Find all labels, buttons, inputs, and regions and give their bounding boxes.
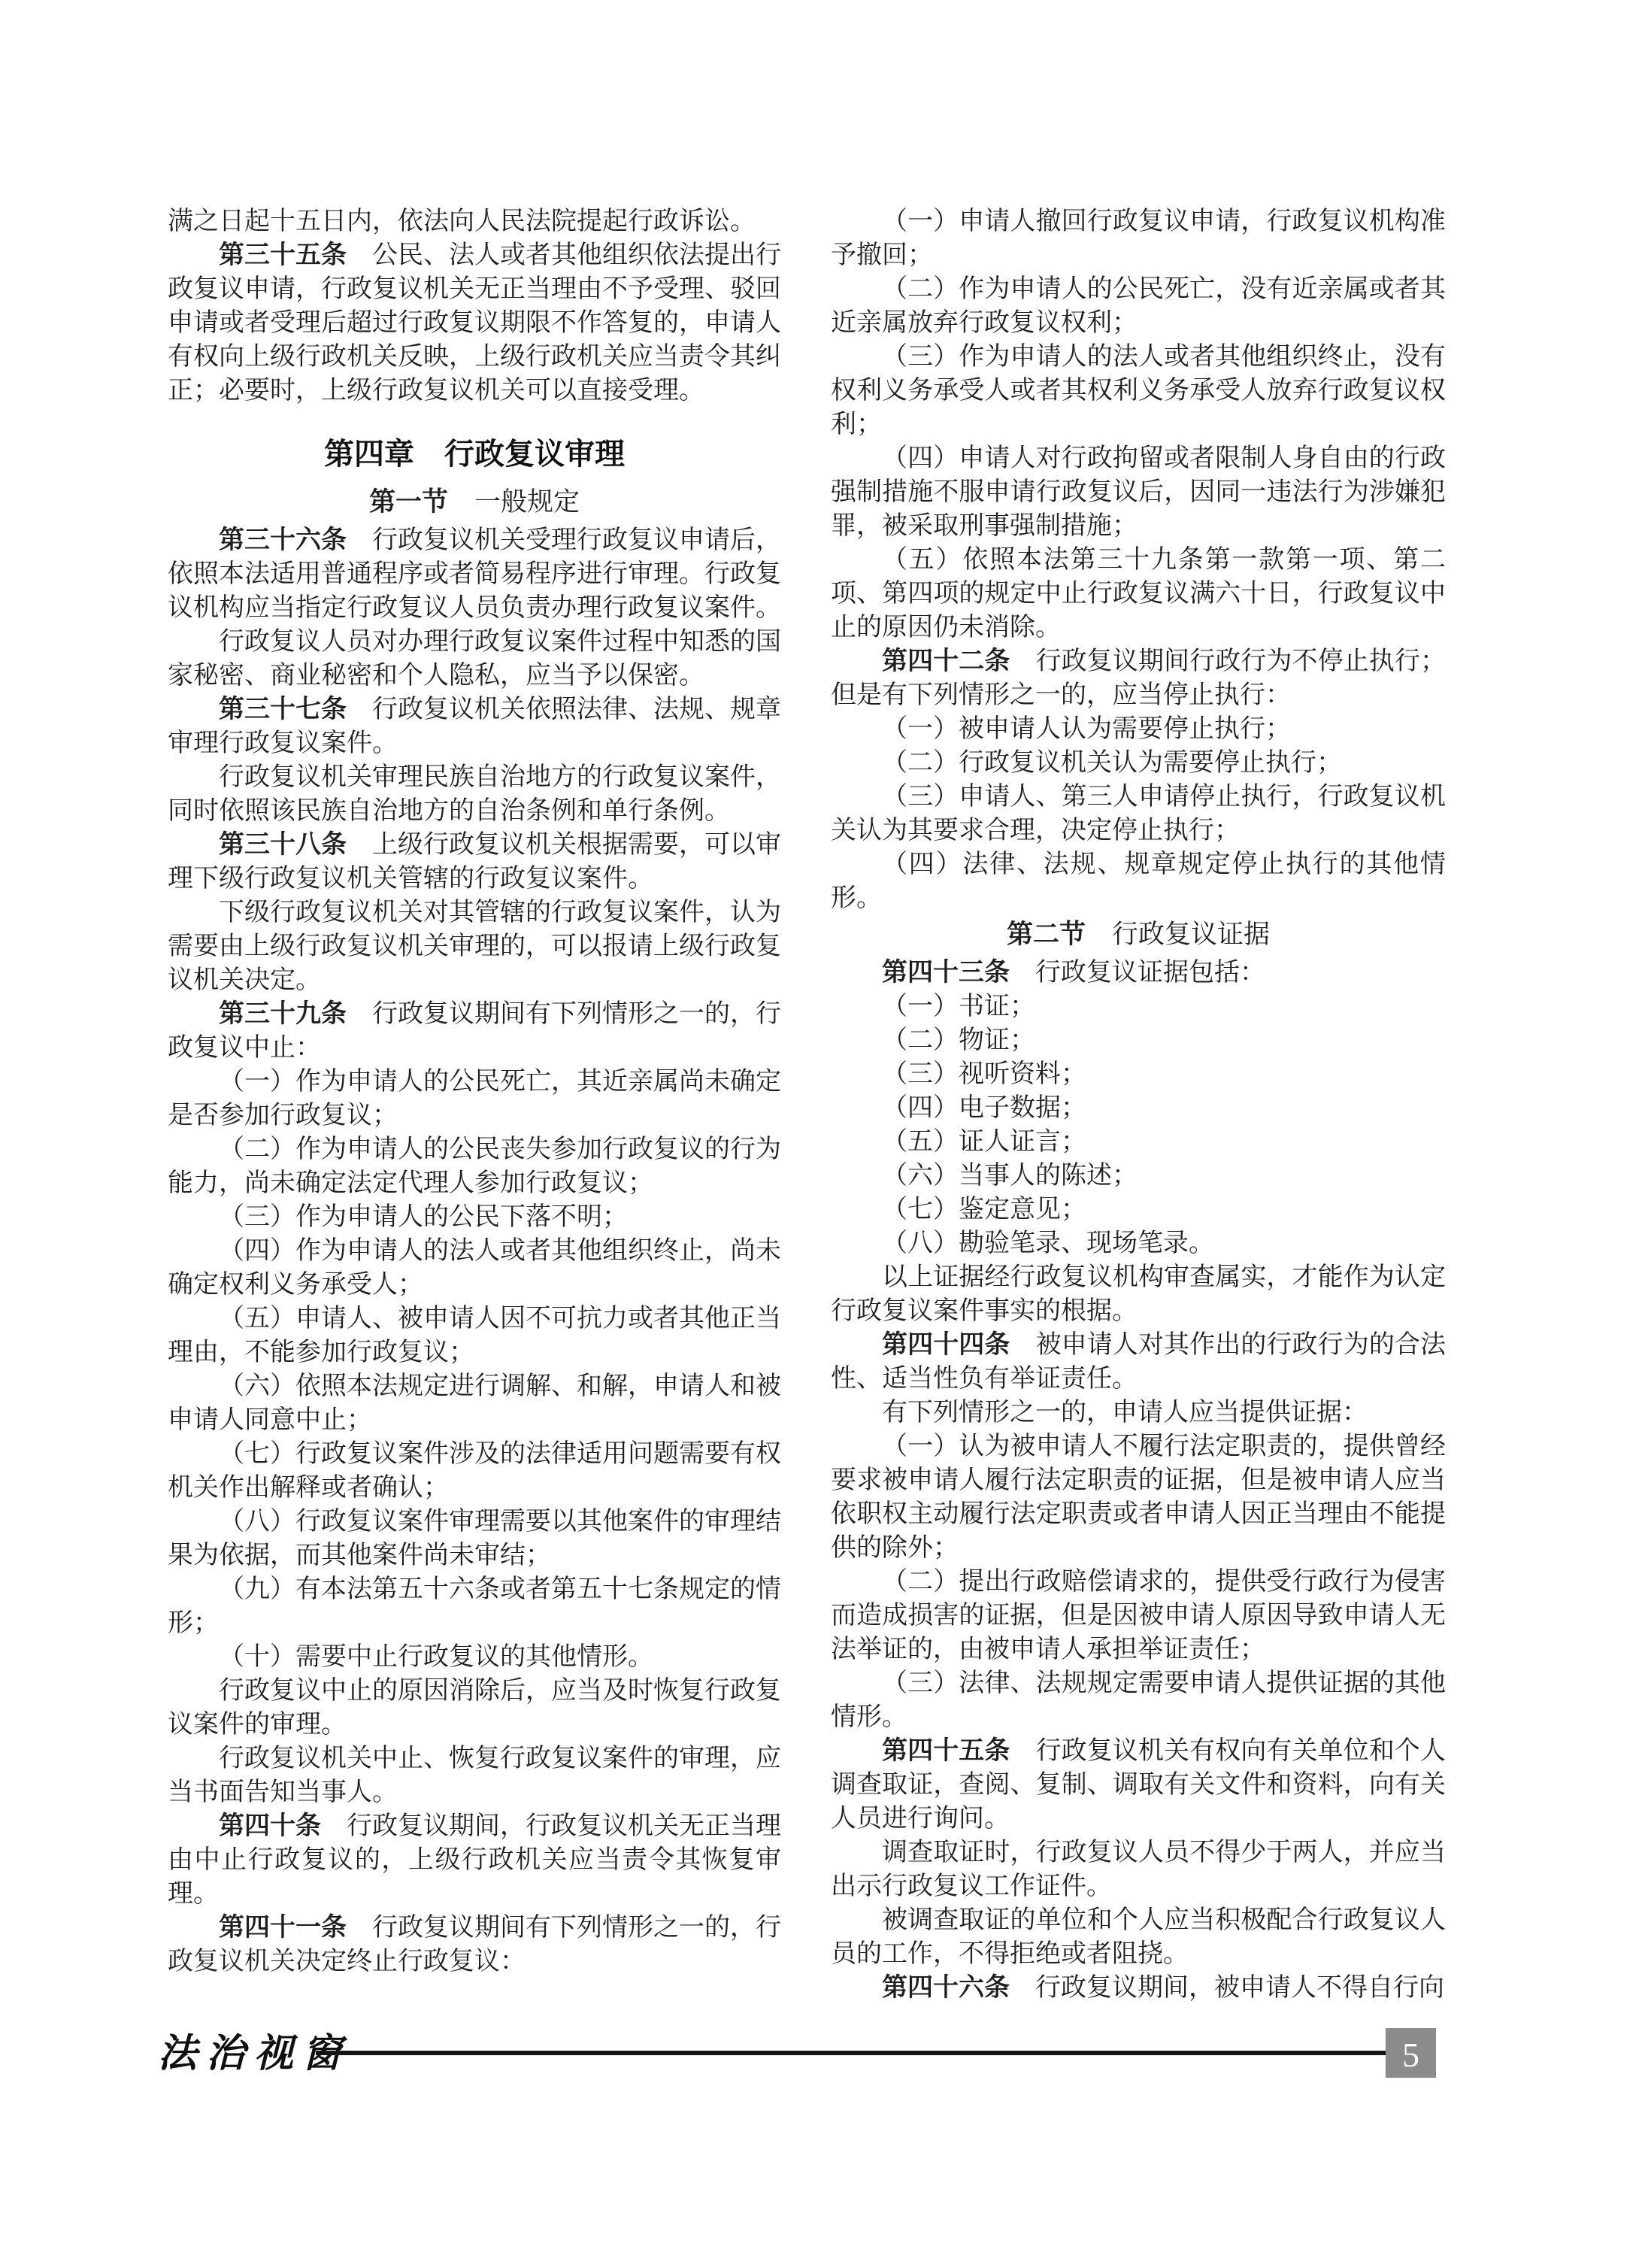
page-number-box: 5 bbox=[1386, 2028, 1436, 2078]
article-number: 第三十八条 bbox=[219, 829, 347, 860]
paragraph: 第四十四条 被申请人对其作出的行政行为的合法性、适当性负有举证责任。 bbox=[831, 1328, 1446, 1396]
paragraph: 第三十五条 公民、法人或者其他组织依法提出行政复议申请，行政复议机关无正当理由不… bbox=[168, 238, 781, 408]
paragraph: 行政复议机关审理民族自治地方的行政复议案件，同时依照该民族自治地方的自治条例和单… bbox=[168, 760, 781, 828]
article-number: 第四十四条 bbox=[882, 1330, 1010, 1360]
paragraph: 调查取证时，行政复议人员不得少于两人，并应当出示行政复议工作证件。 bbox=[831, 1836, 1446, 1903]
paragraph: （五）依照本法第三十九条第一款第一项、第二项、第四项的规定中止行政复议满六十日，… bbox=[831, 543, 1446, 644]
paragraph: 行政复议人员对办理行政复议案件过程中知悉的国家秘密、商业秘密和个人隐私，应当予以… bbox=[168, 625, 781, 693]
paragraph: （六）当事人的陈述； bbox=[831, 1159, 1446, 1193]
paragraph: （六）依照本法规定进行调解、和解，申请人和被申请人同意中止； bbox=[168, 1369, 781, 1437]
paragraph: （九）有本法第五十六条或者第五十七条规定的情形； bbox=[168, 1572, 781, 1640]
article-number: 第四十五条 bbox=[882, 1736, 1010, 1766]
article-number: 第四十条 bbox=[219, 1811, 321, 1841]
paragraph: （一）申请人撤回行政复议申请，行政复议机构准予撤回； bbox=[831, 205, 1446, 272]
paragraph: （二）提出行政赔偿请求的，提供受行政行为侵害而造成损害的证据，但是因被申请人原因… bbox=[831, 1565, 1446, 1666]
paragraph: （二）行政复议机关认为需要停止执行； bbox=[831, 746, 1446, 780]
article-number: 第三十六条 bbox=[219, 525, 347, 555]
paragraph: （三）申请人、第三人申请停止执行，行政复议机关认为其要求合理，决定停止执行； bbox=[831, 780, 1446, 847]
paragraph: （二）物证； bbox=[831, 1023, 1446, 1057]
paragraph: 满之日起十五日内，依法向人民法院提起行政诉讼。 bbox=[168, 205, 781, 238]
right-column: （一）申请人撤回行政复议申请，行政复议机构准予撤回；（二）作为申请人的公民死亡，… bbox=[831, 205, 1446, 2005]
article-number: 第二节 bbox=[1007, 920, 1086, 950]
article-number: 第四十六条 bbox=[882, 1972, 1010, 2003]
paragraph: 以上证据经行政复议机构审查属实，才能作为认定行政复议案件事实的根据。 bbox=[831, 1260, 1446, 1328]
paragraph: （四）作为申请人的法人或者其他组织终止，尚未确定权利义务承受人； bbox=[168, 1234, 781, 1302]
article-number: 第四十二条 bbox=[882, 646, 1010, 676]
paragraph: （七）鉴定意见； bbox=[831, 1193, 1446, 1226]
article-number: 第四十三条 bbox=[882, 957, 1010, 987]
paragraph: （五）申请人、被申请人因不可抗力或者其他正当理由，不能参加行政复议； bbox=[168, 1302, 781, 1369]
paragraph: 第四十条 行政复议期间，行政复议机关无正当理由中止行政复议的，上级行政机关应当责… bbox=[168, 1809, 781, 1911]
paragraph: 行政复议中止的原因消除后，应当及时恢复行政复议案件的审理。 bbox=[168, 1674, 781, 1742]
paragraph: （四）电子数据； bbox=[831, 1091, 1446, 1125]
document-page: 满之日起十五日内，依法向人民法院提起行政诉讼。第三十五条 公民、法人或者其他组织… bbox=[0, 0, 1645, 2268]
paragraph: （四）申请人对行政拘留或者限制人身自由的行政强制措施不服申请行政复议后，因同一违… bbox=[831, 441, 1446, 543]
paragraph: 被调查取证的单位和个人应当积极配合行政复议人员的工作，不得拒绝或者阻挠。 bbox=[831, 1903, 1446, 1971]
paragraph: 第三十八条 上级行政复议机关根据需要，可以审理下级行政复议机关管辖的行政复议案件… bbox=[168, 828, 781, 896]
paragraph: （三）法律、法规规定需要申请人提供证据的其他情形。 bbox=[831, 1666, 1446, 1734]
paragraph: （二）作为申请人的公民丧失参加行政复议的行为能力，尚未确定法定代理人参加行政复议… bbox=[168, 1132, 781, 1200]
paragraph: （一）认为被申请人不履行法定职责的，提供曾经要求被申请人履行法定职责的证据，但是… bbox=[831, 1430, 1446, 1565]
paragraph: （三）视听资料； bbox=[831, 1057, 1446, 1091]
paragraph: （三）作为申请人的法人或者其他组织终止，没有权利义务承受人或者其权利义务承受人放… bbox=[831, 340, 1446, 441]
article-number: 第三十九条 bbox=[219, 999, 347, 1029]
paragraph: （三）作为申请人的公民下落不明； bbox=[168, 1200, 781, 1234]
paragraph: （一）书证； bbox=[831, 990, 1446, 1023]
paragraph: （四）法律、法规、规章规定停止执行的其他情形。 bbox=[831, 847, 1446, 915]
paragraph: 行政复议机关中止、恢复行政复议案件的审理，应当书面告知当事人。 bbox=[168, 1742, 781, 1809]
article-number: 第一节 bbox=[369, 487, 448, 517]
paragraph: 第三十六条 行政复议机关受理行政复议申请后，依照本法适用普通程序或者简易程序进行… bbox=[168, 523, 781, 625]
article-number: 第三十五条 bbox=[219, 240, 347, 270]
article-number: 第四十一条 bbox=[219, 1912, 347, 1942]
paragraph: 第四十六条 行政复议期间，被申请人不得自行向 bbox=[831, 1971, 1446, 2005]
paragraph: （八）勘验笔录、现场笔录。 bbox=[831, 1226, 1446, 1260]
paragraph: 第三十九条 行政复议期间有下列情形之一的，行政复议中止： bbox=[168, 997, 781, 1065]
footer-brand-calligraphy: 法治视窗 bbox=[158, 2021, 350, 2078]
section-heading: 第一节 一般规定 bbox=[168, 484, 781, 520]
paragraph: （八）行政复议案件审理需要以其他案件的审理结果为依据，而其他案件尚未审结； bbox=[168, 1505, 781, 1572]
paragraph: （七）行政复议案件涉及的法律适用问题需要有权机关作出解释或者确认； bbox=[168, 1437, 781, 1505]
left-column: 满之日起十五日内，依法向人民法院提起行政诉讼。第三十五条 公民、法人或者其他组织… bbox=[168, 205, 781, 1978]
paragraph: （二）作为申请人的公民死亡，没有近亲属或者其近亲属放弃行政复议权利； bbox=[831, 272, 1446, 340]
paragraph: 下级行政复议机关对其管辖的行政复议案件，认为需要由上级行政复议机关审理的，可以报… bbox=[168, 896, 781, 997]
paragraph: 第三十七条 行政复议机关依照法律、法规、规章审理行政复议案件。 bbox=[168, 693, 781, 760]
paragraph: 第四十五条 行政复议机关有权向有关单位和个人调查取证，查阅、复制、调取有关文件和… bbox=[831, 1734, 1446, 1836]
paragraph: 第四十二条 行政复议期间行政行为不停止执行；但是有下列情形之一的，应当停止执行： bbox=[831, 644, 1446, 712]
paragraph: 第四十一条 行政复议期间有下列情形之一的，行政复议机关决定终止行政复议： bbox=[168, 1911, 781, 1978]
paragraph: （十）需要中止行政复议的其他情形。 bbox=[168, 1640, 781, 1674]
paragraph: 第四十三条 行政复议证据包括： bbox=[831, 956, 1446, 990]
page-number: 5 bbox=[1402, 2038, 1419, 2072]
paragraph: 有下列情形之一的，申请人应当提供证据： bbox=[831, 1396, 1446, 1430]
paragraph: （一）被申请人认为需要停止执行； bbox=[831, 712, 1446, 746]
chapter-heading: 第四章 行政复议审理 bbox=[168, 435, 781, 474]
section-heading: 第二节 行政复议证据 bbox=[831, 917, 1446, 953]
paragraph: （五）证人证言； bbox=[831, 1125, 1446, 1159]
article-number: 第三十七条 bbox=[219, 694, 347, 724]
footer-rule bbox=[316, 2051, 1388, 2055]
paragraph: （一）作为申请人的公民死亡，其近亲属尚未确定是否参加行政复议； bbox=[168, 1065, 781, 1132]
